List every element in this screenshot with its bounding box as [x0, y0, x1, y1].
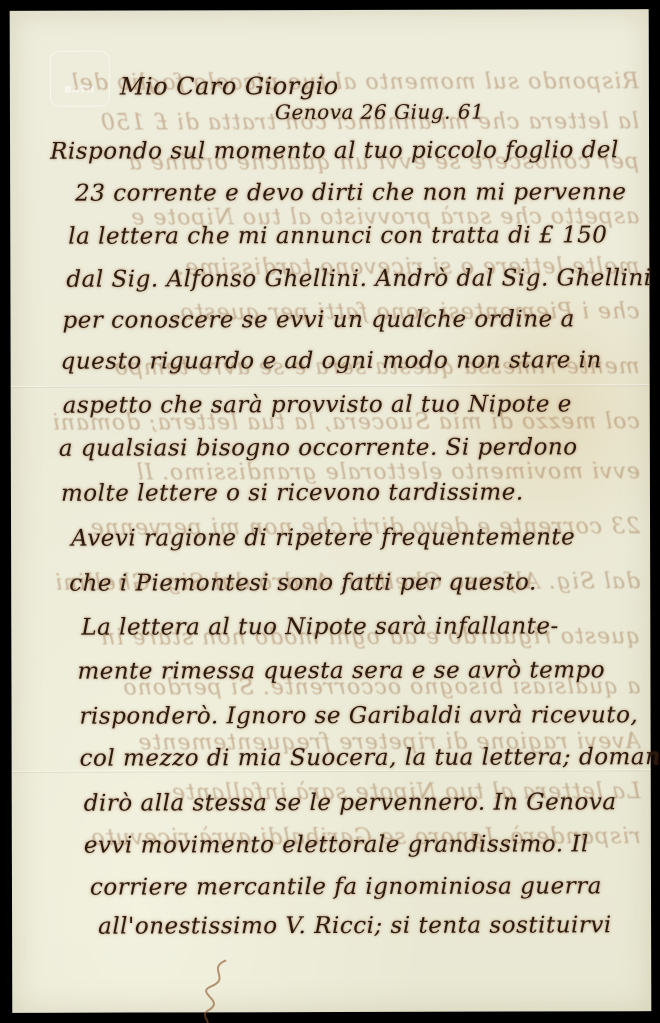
- letter-line: Rispondo sul momento al tuo piccolo fogl…: [50, 137, 619, 164]
- letter-line: dirò alla stessa se le pervennero. In Ge…: [84, 789, 617, 816]
- letter-line: evvi movimento elettorale grandissimo. I…: [84, 831, 589, 858]
- letter-line: all'onestissimo V. Ricci; si tenta sosti…: [98, 912, 612, 939]
- letter-line: mente rimessa questa sera e se avrò temp…: [77, 657, 605, 684]
- letter-line: La lettera al tuo Nipote sarà infallante…: [81, 613, 559, 640]
- letter-place-date: Genova 26 Giug. 61: [275, 100, 484, 125]
- letter-line: che i Piemontesi sono fatti per questo.: [69, 569, 537, 596]
- letter-line: questo riguardo e ad ogni modo non stare…: [61, 347, 602, 374]
- letter-line: molte lettere o si ricevono tardissime.: [61, 479, 524, 506]
- letter-line: la lettera che mi annunci con tratta di …: [68, 222, 607, 249]
- letter-line: per conoscere se evvi un qualche ordine …: [62, 306, 574, 333]
- ink-squiggle-flourish: [196, 958, 236, 1023]
- letter-salutation: Mio Caro Giorgio: [120, 72, 339, 101]
- letter-line: dal Sig. Alfonso Ghellini. Andrò dal Sig…: [66, 265, 651, 293]
- letter-line: a qualsiasi bisogno occorrente. Si perdo…: [59, 434, 578, 461]
- letter-line: Avevi ragione di ripetere frequentemente: [71, 524, 575, 551]
- letter-line: col mezzo di mia Suocera, la tua lettera…: [80, 744, 660, 772]
- letter-line: aspetto che sarà provvisto al tuo Nipote…: [63, 391, 572, 418]
- paper-fold-line: [11, 384, 650, 387]
- letter-paper: BATH Rispondo sul momento al tuo piccolo…: [10, 9, 652, 1013]
- letter-line: corriere mercantile fa ignominiosa guerr…: [90, 873, 602, 900]
- letter-line: 23 corrente e devo dirti che non mi perv…: [75, 179, 626, 206]
- letter-line: risponderò. Ignoro se Garibaldi avrà ric…: [80, 702, 639, 729]
